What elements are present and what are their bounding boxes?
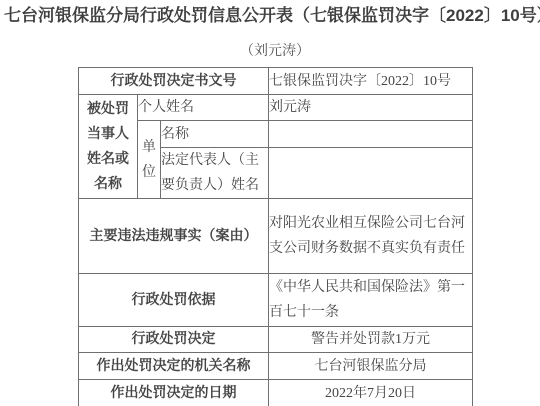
date-label: 作出处罚决定的日期 bbox=[79, 380, 269, 406]
doc-number-label: 行政处罚决定书文号 bbox=[79, 68, 269, 95]
unit-name-row: 单 位 名称 bbox=[79, 121, 473, 148]
decision-value: 警告并处罚款1万元 bbox=[269, 327, 473, 353]
date-value: 2022年7月20日 bbox=[269, 380, 473, 406]
page-subtitle: （刘元涛） bbox=[78, 44, 472, 60]
unit-representative-label: 法定代表人（主要负责人）姓名 bbox=[161, 148, 269, 199]
page-title: 七台河银保监分局行政处罚信息公开表（七银保监罚决字〔2022〕10号） bbox=[0, 0, 540, 27]
facts-label: 主要违法违规事实（案由） bbox=[79, 199, 269, 274]
doc-number-value: 七银保监罚决字〔2022〕10号 bbox=[269, 68, 473, 95]
basis-row: 行政处罚依据 《中华人民共和国保险法》第一百七十一条 bbox=[79, 274, 473, 327]
facts-value: 对阳光农业相互保险公司七台河支公司财务数据不真实负有责任 bbox=[269, 199, 473, 274]
person-name-label: 个人姓名 bbox=[138, 95, 269, 121]
unit-name-value bbox=[269, 121, 473, 148]
doc-number-row: 行政处罚决定书文号 七银保监罚决字〔2022〕10号 bbox=[79, 68, 473, 95]
date-row: 作出处罚决定的日期 2022年7月20日 bbox=[79, 380, 473, 406]
authority-label: 作出处罚决定的机关名称 bbox=[79, 353, 269, 380]
basis-value: 《中华人民共和国保险法》第一百七十一条 bbox=[269, 274, 473, 327]
facts-row: 主要违法违规事实（案由） 对阳光农业相互保险公司七台河支公司财务数据不真实负有责… bbox=[79, 199, 473, 274]
decision-row: 行政处罚决定 警告并处罚款1万元 bbox=[79, 327, 473, 353]
authority-row: 作出处罚决定的机关名称 七台河银保监分局 bbox=[79, 353, 473, 380]
unit-representative-value bbox=[269, 148, 473, 199]
person-name-row: 被处罚 当事人 姓名或 名称 个人姓名 刘元涛 bbox=[79, 95, 473, 121]
authority-value: 七台河银保监分局 bbox=[269, 353, 473, 380]
decision-label: 行政处罚决定 bbox=[79, 327, 269, 353]
unit-label: 单 位 bbox=[138, 121, 161, 199]
party-group-label: 被处罚 当事人 姓名或 名称 bbox=[79, 95, 138, 199]
unit-name-label: 名称 bbox=[161, 121, 269, 148]
person-name-value: 刘元涛 bbox=[269, 95, 473, 121]
basis-label: 行政处罚依据 bbox=[79, 274, 269, 327]
penalty-info-table: 行政处罚决定书文号 七银保监罚决字〔2022〕10号 被处罚 当事人 姓名或 名… bbox=[78, 67, 473, 406]
